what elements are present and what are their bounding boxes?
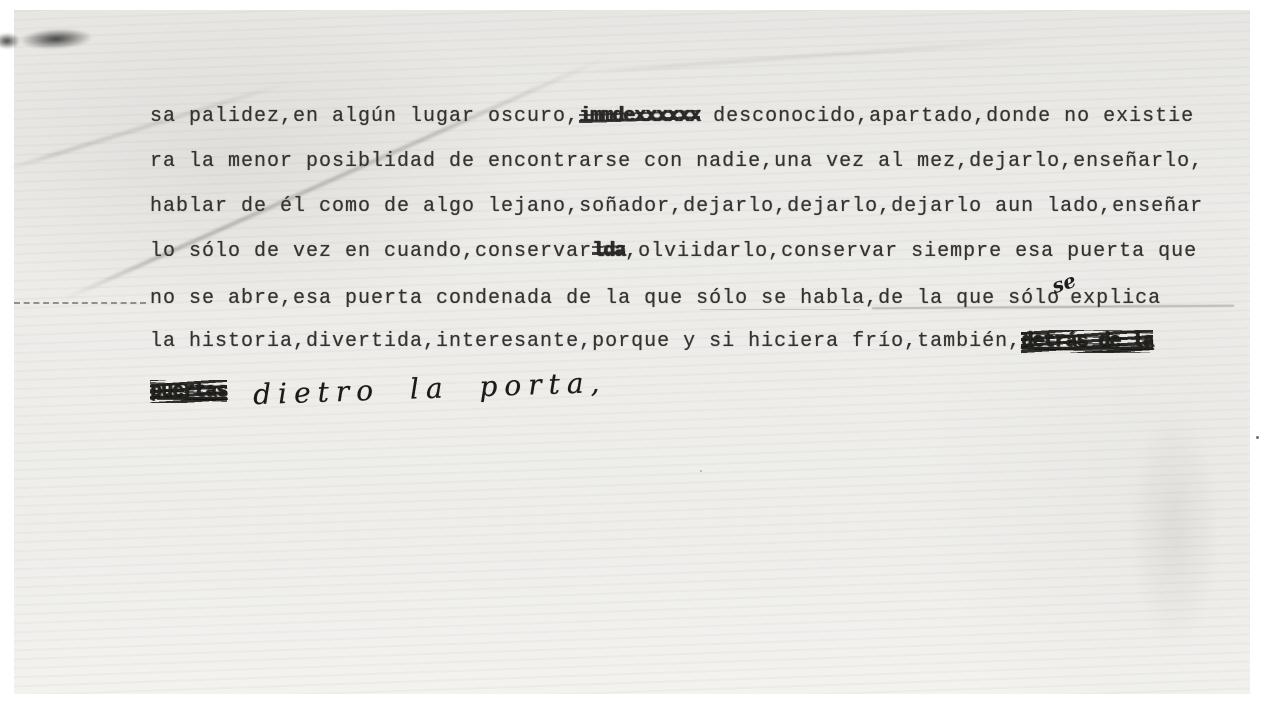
typed-text: no se abre,esa puerta condenada de la qu… [150,287,1060,310]
fold-crease-mark [584,37,1063,74]
typed-text: lo sólo de vez en cuando,conservar [150,240,592,263]
handwritten-note: dietro la porta, [252,360,607,417]
ink-smudge-mark [20,27,93,51]
typed-text: ,olviidarlo,conservar siempre esa puerta… [625,240,1197,263]
manuscript-line: ra la menor posiblidad de encontrarse co… [150,139,1203,184]
typed-text: explica [1070,287,1161,310]
overstruck-text: immdexxxxxx [579,105,700,128]
paper-stain [1130,410,1220,650]
manuscript-line: no se abre,esa puerta condenada de la qu… [150,274,1203,319]
typed-text: sa palidez,en algún lugar oscuro, [150,105,579,128]
dirt-speck [700,470,702,472]
overstruck-text: lda [592,240,625,263]
typed-lines: sa palidez,en algún lugar oscuro,immdexx… [150,94,1203,409]
dashed-line-artifact [14,302,146,304]
typed-text: ra la menor posiblidad de encontrarse co… [150,150,1203,173]
manuscript-line: sa palidez,en algún lugar oscuro,immdexx… [150,94,1203,139]
manuscript-line: hablar de él como de algo lejano,soñador… [150,184,1203,229]
dirt-speck [1256,436,1259,439]
scribbled-out-text: puertas [150,380,227,403]
typed-text: la historia,divertida,interesante,porque… [150,330,1021,353]
typed-text: hablar de él como de algo lejano,soñador… [150,195,1203,218]
ink-smudge-mark [0,33,20,49]
typed-text: desconocido,apartado,donde no existie [700,105,1194,128]
manuscript-line: puertas dietro la porta, [150,364,1203,409]
manuscript-line: la historia,divertida,interesante,porque… [150,319,1203,364]
scribbled-out-text: detrás de la [1021,330,1153,353]
typed-text [227,380,253,403]
